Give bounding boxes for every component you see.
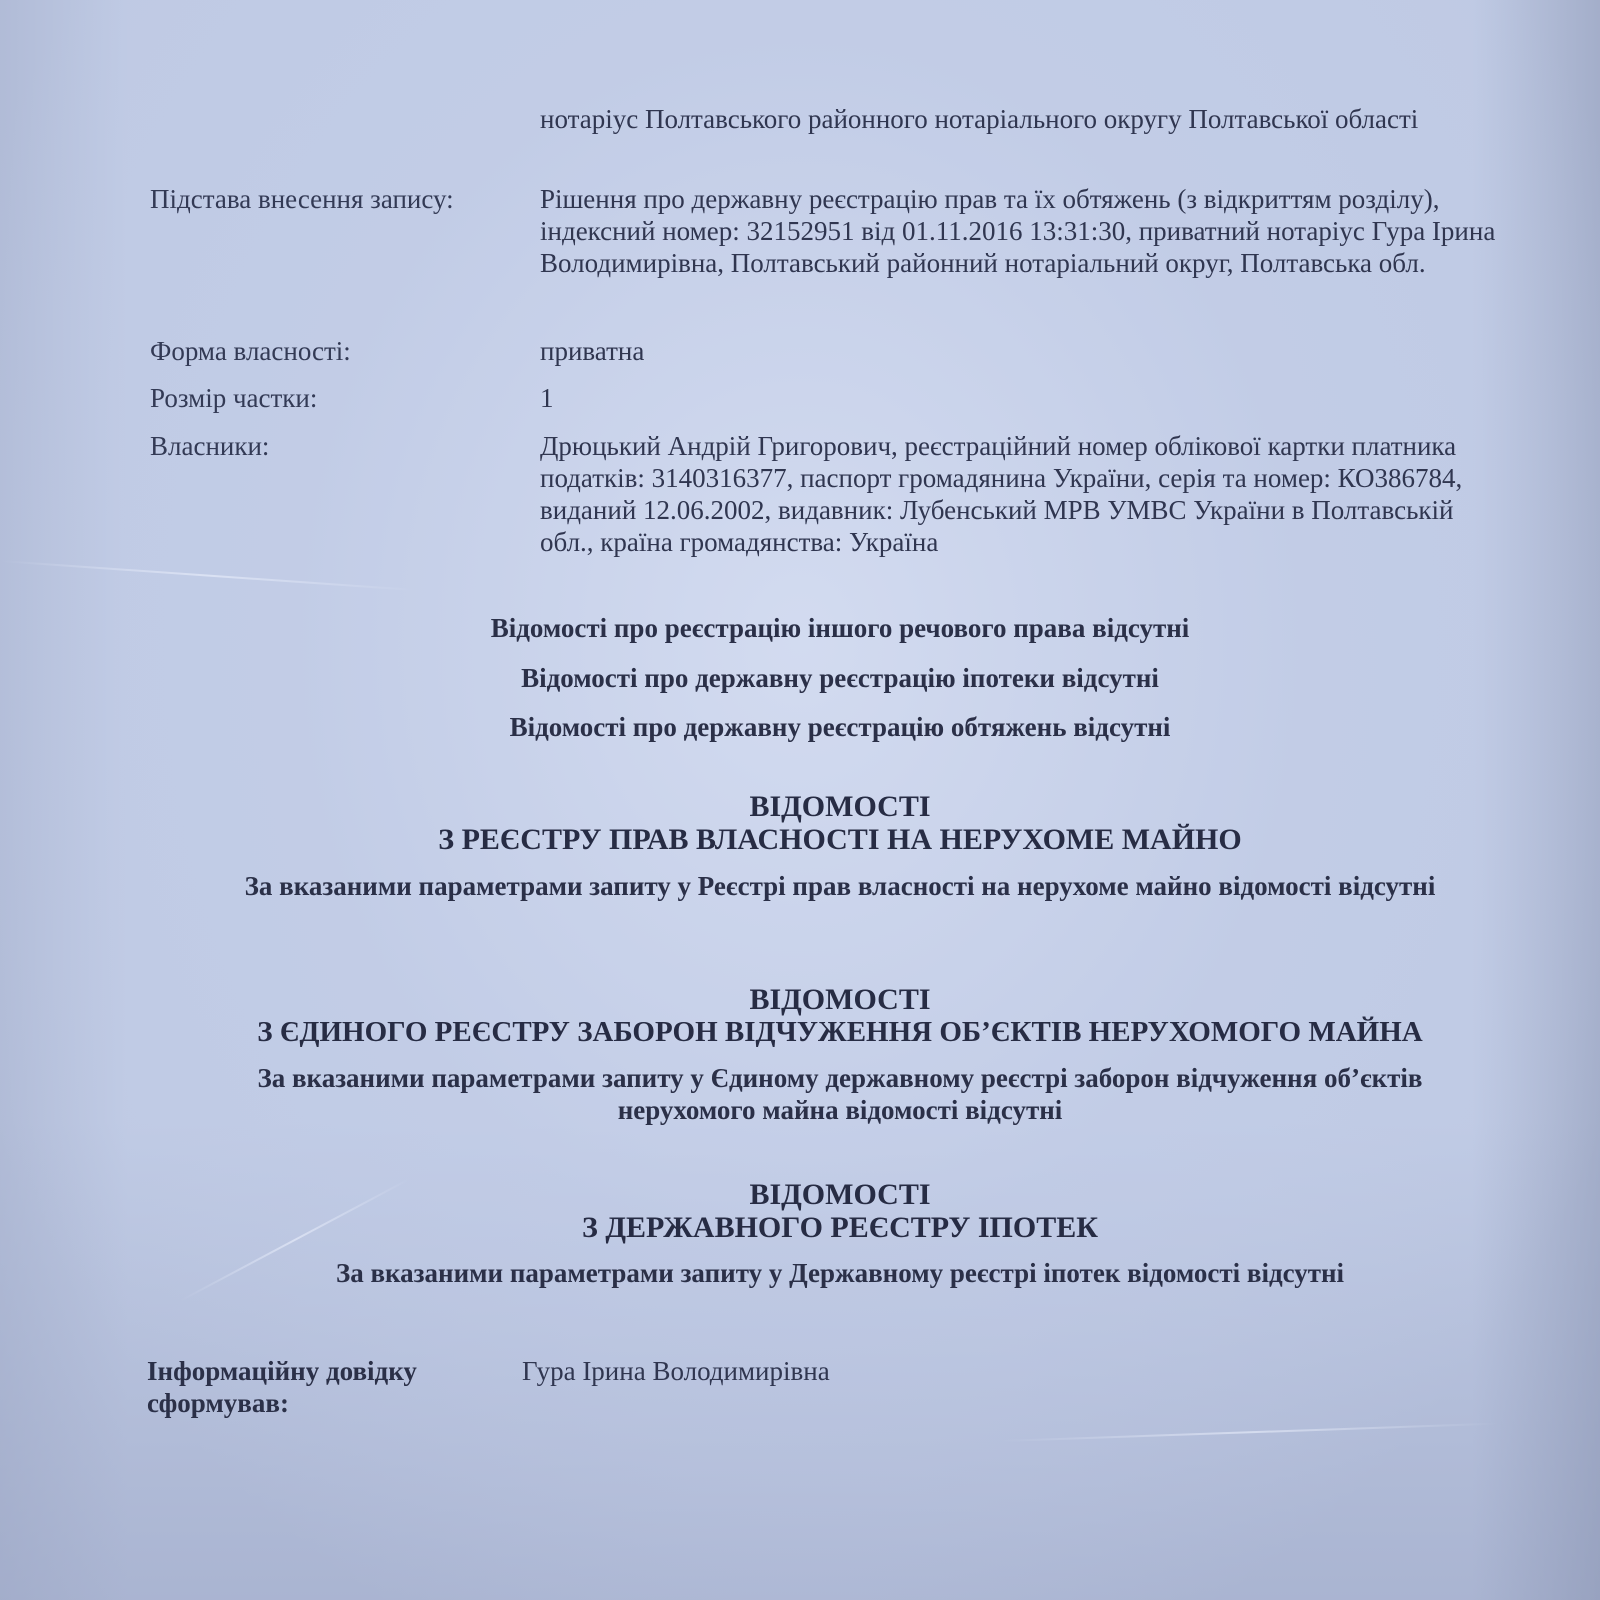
section-title-line: З ДЕРЖАВНОГО РЕЄСТРУ ІПОТЕК <box>160 1211 1520 1244</box>
field-value: Рішення про державну реєстрацію прав та … <box>540 183 1550 279</box>
section-title-alienation-bans: ВІДОМОСТІ З ЄДИНОГО РЕЄСТРУ ЗАБОРОН ВІДЧ… <box>160 983 1520 1049</box>
absence-note-encumbrances: Відомості про державну реєстрацію обтяже… <box>160 711 1520 743</box>
section-title-line: З РЕЄСТРУ ПРАВ ВЛАСНОСТІ НА НЕРУХОМЕ МАЙ… <box>160 823 1520 856</box>
section-title-mortgages: ВІДОМОСТІ З ДЕРЖАВНОГО РЕЄСТРУ ІПОТЕК <box>160 1178 1520 1244</box>
field-owners: Власники: Дрюцький Андрій Григорович, ре… <box>150 430 1550 558</box>
section-note-alienation-bans: За вказаними параметрами запиту у Єдином… <box>160 1062 1520 1126</box>
continuation-text: нотаріус Полтавського районного нотаріал… <box>540 103 1540 135</box>
absence-note-mortgage: Відомості про державну реєстрацію іпотек… <box>160 662 1520 694</box>
section-title-line: ВІДОМОСТІ <box>160 983 1520 1016</box>
field-value: 1 <box>540 382 1550 414</box>
footer-value: Гура Ірина Володимирівна <box>522 1355 830 1419</box>
footer-label: Інформаційну довідку сформував: <box>147 1355 477 1419</box>
section-note-mortgages: За вказаними параметрами запиту у Держав… <box>160 1257 1520 1289</box>
field-entry-basis: Підстава внесення запису: Рішення про де… <box>150 183 1550 279</box>
field-label: Власники: <box>150 430 540 558</box>
section-title-line: ВІДОМОСТІ <box>160 790 1520 823</box>
document-page: нотаріус Полтавського районного нотаріал… <box>0 0 1600 1600</box>
field-label: Підстава внесення запису: <box>150 183 470 279</box>
section-title-line: З ЄДИНОГО РЕЄСТРУ ЗАБОРОН ВІДЧУЖЕННЯ ОБ’… <box>160 1016 1520 1049</box>
field-ownership-form: Форма власності: приватна <box>150 335 1550 367</box>
section-title-line: ВІДОМОСТІ <box>160 1178 1520 1211</box>
field-value: Дрюцький Андрій Григорович, реєстраційни… <box>540 430 1550 558</box>
absence-note-other-rights: Відомості про реєстрацію іншого речового… <box>160 612 1520 644</box>
field-value: приватна <box>540 335 1550 367</box>
section-title-property-rights: ВІДОМОСТІ З РЕЄСТРУ ПРАВ ВЛАСНОСТІ НА НЕ… <box>160 790 1520 856</box>
field-share-size: Розмір частки: 1 <box>150 382 1550 414</box>
section-note-property-rights: За вказаними параметрами запиту у Реєстр… <box>160 870 1520 902</box>
field-label: Розмір частки: <box>150 382 540 414</box>
footer-compiled-by: Інформаційну довідку сформував: Гура Іри… <box>147 1355 830 1419</box>
field-label: Форма власності: <box>150 335 540 367</box>
